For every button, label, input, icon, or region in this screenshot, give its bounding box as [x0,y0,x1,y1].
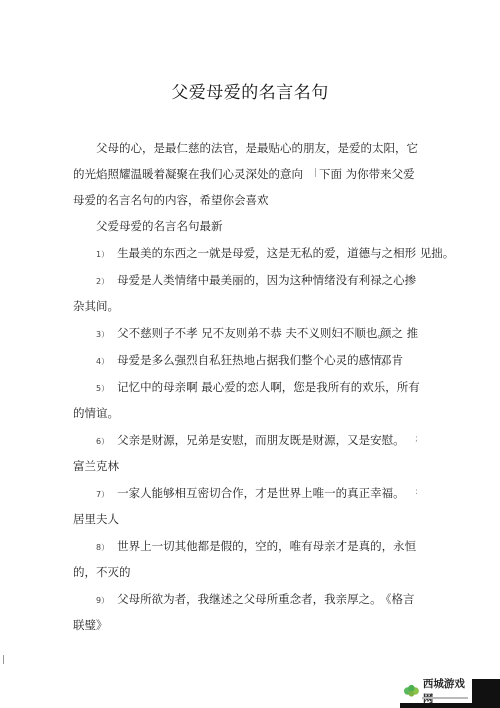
quote-text: 母爱是人类情绪中最美丽的，因为这种情绪没有利禄之心掺 [117,273,416,287]
quote-number: 3） [96,330,109,339]
quote-number: 5） [96,384,109,393]
quote-attribution: 颜之 推 [380,325,418,341]
intro-line-2b: 下面 为你带来父爱 [319,166,415,182]
intro-line-1: 父母的心，是最仁慈的法官，是最贴心的朋友，是爱的太阳，它 [96,140,418,156]
page-title: 父爱母爱的名言名句 [0,78,500,103]
quote-continuation: 联璧》 [73,617,108,633]
quote-item: 8）世界上一切其他都是假的，空的，唯有母亲才是真的，永恒 [96,538,416,554]
quote-attribution: 《格言 [380,591,415,607]
quote-continuation: 的情谊。 [73,405,119,421]
quote-text: 母爱是多么强烈自私狂热地占据我们整个心灵的感情。 [117,353,393,367]
quote-text: 一家人能够相互密切合作，才是世界上唯一的真正幸福。 [117,486,405,500]
quote-number: 6） [96,437,109,446]
quote-text: 记忆中的母亲啊 最心爱的恋人啊，您是我所有的欢乐，所有 [117,380,420,394]
quote-number: 2） [96,277,109,286]
quote-item: 3）父不慈则子不孝 兄不友则弟不恭 夫不义则妇不顺也。 [96,325,389,341]
quote-number: 8） [96,543,109,552]
quote-text: 父母所欲为者，我继述之父母所重念者，我亲厚之。 [117,592,382,606]
quote-attribution: 邓肯 [380,352,403,368]
document-page: 父爱母爱的名言名句 父母的心，是最仁慈的法官，是最贴心的朋友，是爱的太阳，它 的… [0,0,500,708]
quote-continuation: 居里夫人 [73,511,119,527]
text-mark: : [415,487,418,497]
text-mark: | [314,168,317,178]
quote-item: 1）生最美的东西之一就是母爱，这是无私的爱，道德与之相形 见拙。 [96,245,454,261]
quote-item: 2）母爱是人类情绪中最美丽的，因为这种情绪没有利禄之心掺 [96,272,416,288]
quote-continuation: 的，不灭的 [73,564,131,580]
quote-continuation: 杂其间。 [73,298,119,314]
quote-text: 生最美的东西之一就是母爱，这是无私的爱，道德与之相形 见拙。 [117,246,454,260]
margin-mark: | [2,655,5,665]
watermark-text: 西城游戏网 [423,676,472,706]
quote-text: 世界上一切其他都是假的，空的，唯有母亲才是真的，永恒 [117,539,416,553]
quote-item: 5）记忆中的母亲啊 最心爱的恋人啊，您是我所有的欢乐，所有 [96,379,420,395]
quote-text: 父不慈则子不孝 兄不友则弟不恭 夫不义则妇不顺也。 [117,326,389,340]
quote-item: 4）母爱是多么强烈自私狂热地占据我们整个心灵的感情。 [96,352,393,368]
intro-line-2: 的光焰照耀温暖着凝聚在我们心灵深处的意向 [73,166,303,182]
quote-item: 7）一家人能够相互密切合作，才是世界上唯一的真正幸福。 [96,485,405,501]
section-heading: 父爱母爱的名言名句最新 [96,218,223,234]
quote-item: 9）父母所欲为者，我继述之父母所重念者，我亲厚之。 [96,591,382,607]
quote-number: 9） [96,596,109,605]
quote-item: 6）父亲是财源，兄弟是安慰，而朋友既是财源，又是安慰。 [96,432,405,448]
quote-number: 1） [96,250,109,259]
text-mark: ; [415,434,418,444]
quote-number: 7） [96,490,109,499]
quote-text: 父亲是财源，兄弟是安慰，而朋友既是财源，又是安慰。 [117,433,405,447]
quote-continuation: 富兰克林 [73,458,119,474]
clover-icon [403,684,420,698]
watermark-subline [422,697,468,699]
intro-line-3: 母爱的名言名句的内容，希望你会喜欢 [73,192,269,208]
quote-number: 4） [96,357,109,366]
watermark-logo: 西城游戏网 [400,679,500,708]
